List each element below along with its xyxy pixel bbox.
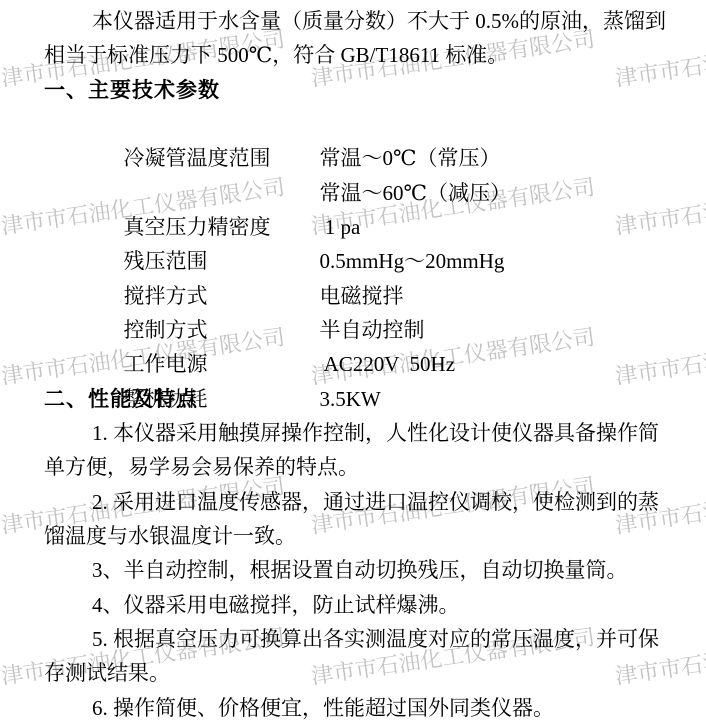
param-value: 3.5KW [320,387,381,411]
param-label: 真空压力精密度 [124,210,320,244]
param-value: 常温～60℃（减压） [320,181,512,205]
document-content: 本仪器适用于水含量（质量分数）不大于 0.5%的原油，蒸馏到 相当于标准压力下 … [0,0,706,725]
param-label: 搅拌方式 [124,279,320,313]
feature-6-line-1: 6. 操作简便、价格便宜，性能超过国外同类仪器。 [44,691,672,725]
section1-heading: 一、主要技术参数 [44,73,672,107]
param-value: 1 pa [320,215,361,239]
param-value: AC220V 50Hz [320,352,456,376]
feature-2-line-1: 2. 采用进口温度传感器，通过进口温控仪调校，使检测到的蒸 [44,485,672,519]
intro-line-2: 相当于标准压力下 500℃，符合 GB/T18611 标准。 [44,38,672,72]
param-label: 控制方式 [124,313,320,347]
feature-2-line-2: 馏温度与水银温度计一致。 [44,519,672,553]
param-label: 冷凝管温度范围 [124,141,320,175]
intro-line-1: 本仪器适用于水含量（质量分数）不大于 0.5%的原油，蒸馏到 [44,4,672,38]
param-value: 电磁搅拌 [320,284,404,308]
param-value: 半自动控制 [320,318,425,342]
param-row-condenser-temp: 冷凝管温度范围常温～0℃（常压） [44,107,672,141]
document-page: 津市市石油化工仪器有限公司津市市石油化工仪器有限公司津市市石油化工仪器有限公司津… [0,0,706,727]
param-label: 工作电源 [124,347,320,381]
feature-5-line-2: 存测试结果。 [44,656,672,690]
param-label: 残压范围 [124,244,320,278]
feature-3-line-1: 3、半自动控制，根据设置自动切换残压，自动切换量筒。 [44,553,672,587]
feature-5-line-1: 5. 根据真空压力可换算出各实测温度对应的常压温度，并可保 [44,622,672,656]
feature-1-line-1: 1. 本仪器采用触摸屏操作控制，人性化设计使仪器具备操作简 [44,416,672,450]
feature-1-line-2: 单方便，易学易会易保养的特点。 [44,450,672,484]
param-value: 常温～0℃（常压） [320,146,501,170]
feature-4-line-1: 4、仪器采用电磁搅拌，防止试样爆沸。 [44,588,672,622]
param-value: 0.5mmHg～20mmHg [320,249,505,273]
